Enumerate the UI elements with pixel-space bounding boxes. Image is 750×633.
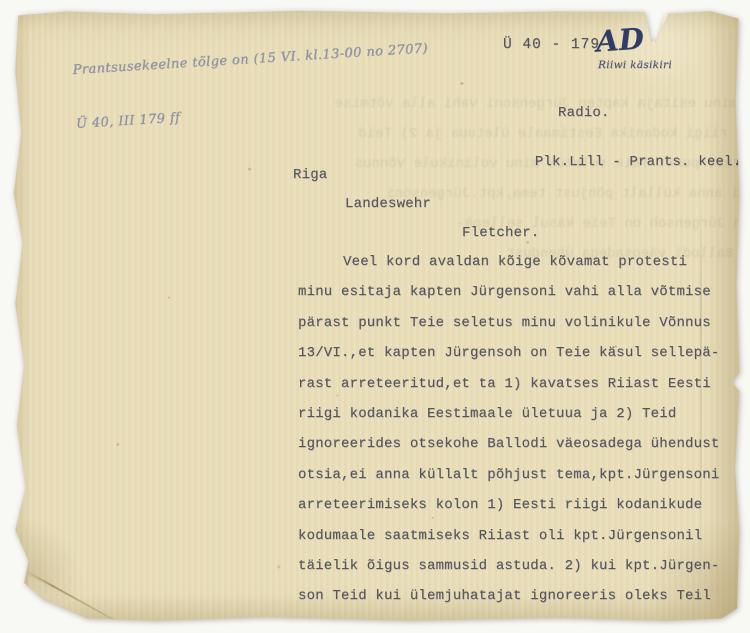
reference-number: Ü 40 - 179 — [503, 37, 600, 53]
header-sender-line: Plk.Lill - Prants. keel.de. — [466, 134, 750, 186]
body-line: kodumaale saatmiseks Riiast oli kpt.Jürg… — [298, 528, 734, 558]
message-body: Veel kord avaldan kõige kõvamat protesti… — [298, 254, 734, 619]
body-line: otsia,ei anna küllalt põhjust tema,kpt.J… — [298, 467, 734, 497]
header-sender-text: Plk.Lill - Prants. keel. — [535, 154, 741, 170]
scan-background: minu esitaja kapten Jürgensoni vahi alla… — [0, 0, 750, 633]
monogram-initials: AD — [595, 21, 645, 58]
body-line: son Teid kui ülemjuhatajat ignoreeris ol… — [298, 588, 734, 618]
archival-note: Prantsusekeelne tõlge on (15 VI. kl.13-0… — [70, 4, 434, 169]
archival-note-line2: Ü 40, III 179 ff — [75, 94, 431, 134]
header-recipient: Fletcher. — [462, 225, 539, 241]
paper-surface: minu esitaja kapten Jürgensoni vahi alla… — [8, 10, 740, 622]
corner-crease-line — [25, 570, 115, 621]
header-transmission-type: Radio. — [558, 105, 610, 121]
body-line: 13/VI.,et kapten Jürgensoh on Teie käsul… — [298, 345, 734, 375]
body-line: minu esitaja kapten Jürgensoni vahi alla… — [298, 284, 734, 314]
body-line: arreteerimiseks kolon 1) Eesti riigi kod… — [298, 497, 734, 527]
body-line: ignoreerides otsekohe Ballodi väeosadega… — [298, 436, 734, 466]
handwritten-language-addition: de. — [737, 149, 750, 171]
monogram-caption: Riiwi käsikiri — [598, 59, 672, 71]
body-line: pärast punkt Teie seletus minu volinikul… — [298, 315, 734, 345]
archival-note-line1: Prantsusekeelne tõlge on (15 VI. kl.13-0… — [72, 40, 428, 80]
body-line: rast arreteeritud,et ta 1) kavatses Riia… — [298, 376, 734, 406]
paper-sheet: minu esitaja kapten Jürgensoni vahi alla… — [8, 10, 740, 622]
body-line: Veel kord avaldan kõige kõvamat protesti — [298, 254, 734, 284]
body-line: täielik õigus sammusid astuda. 2) kui kp… — [298, 558, 734, 588]
torn-corner-flap — [644, 10, 669, 43]
body-line: riigi kodanika Eestimaale ületuua ja 2) … — [298, 406, 734, 436]
corner-fold-shading — [28, 576, 108, 622]
header-organization: Landeswehr — [345, 196, 431, 212]
header-city: Riga — [293, 167, 327, 183]
